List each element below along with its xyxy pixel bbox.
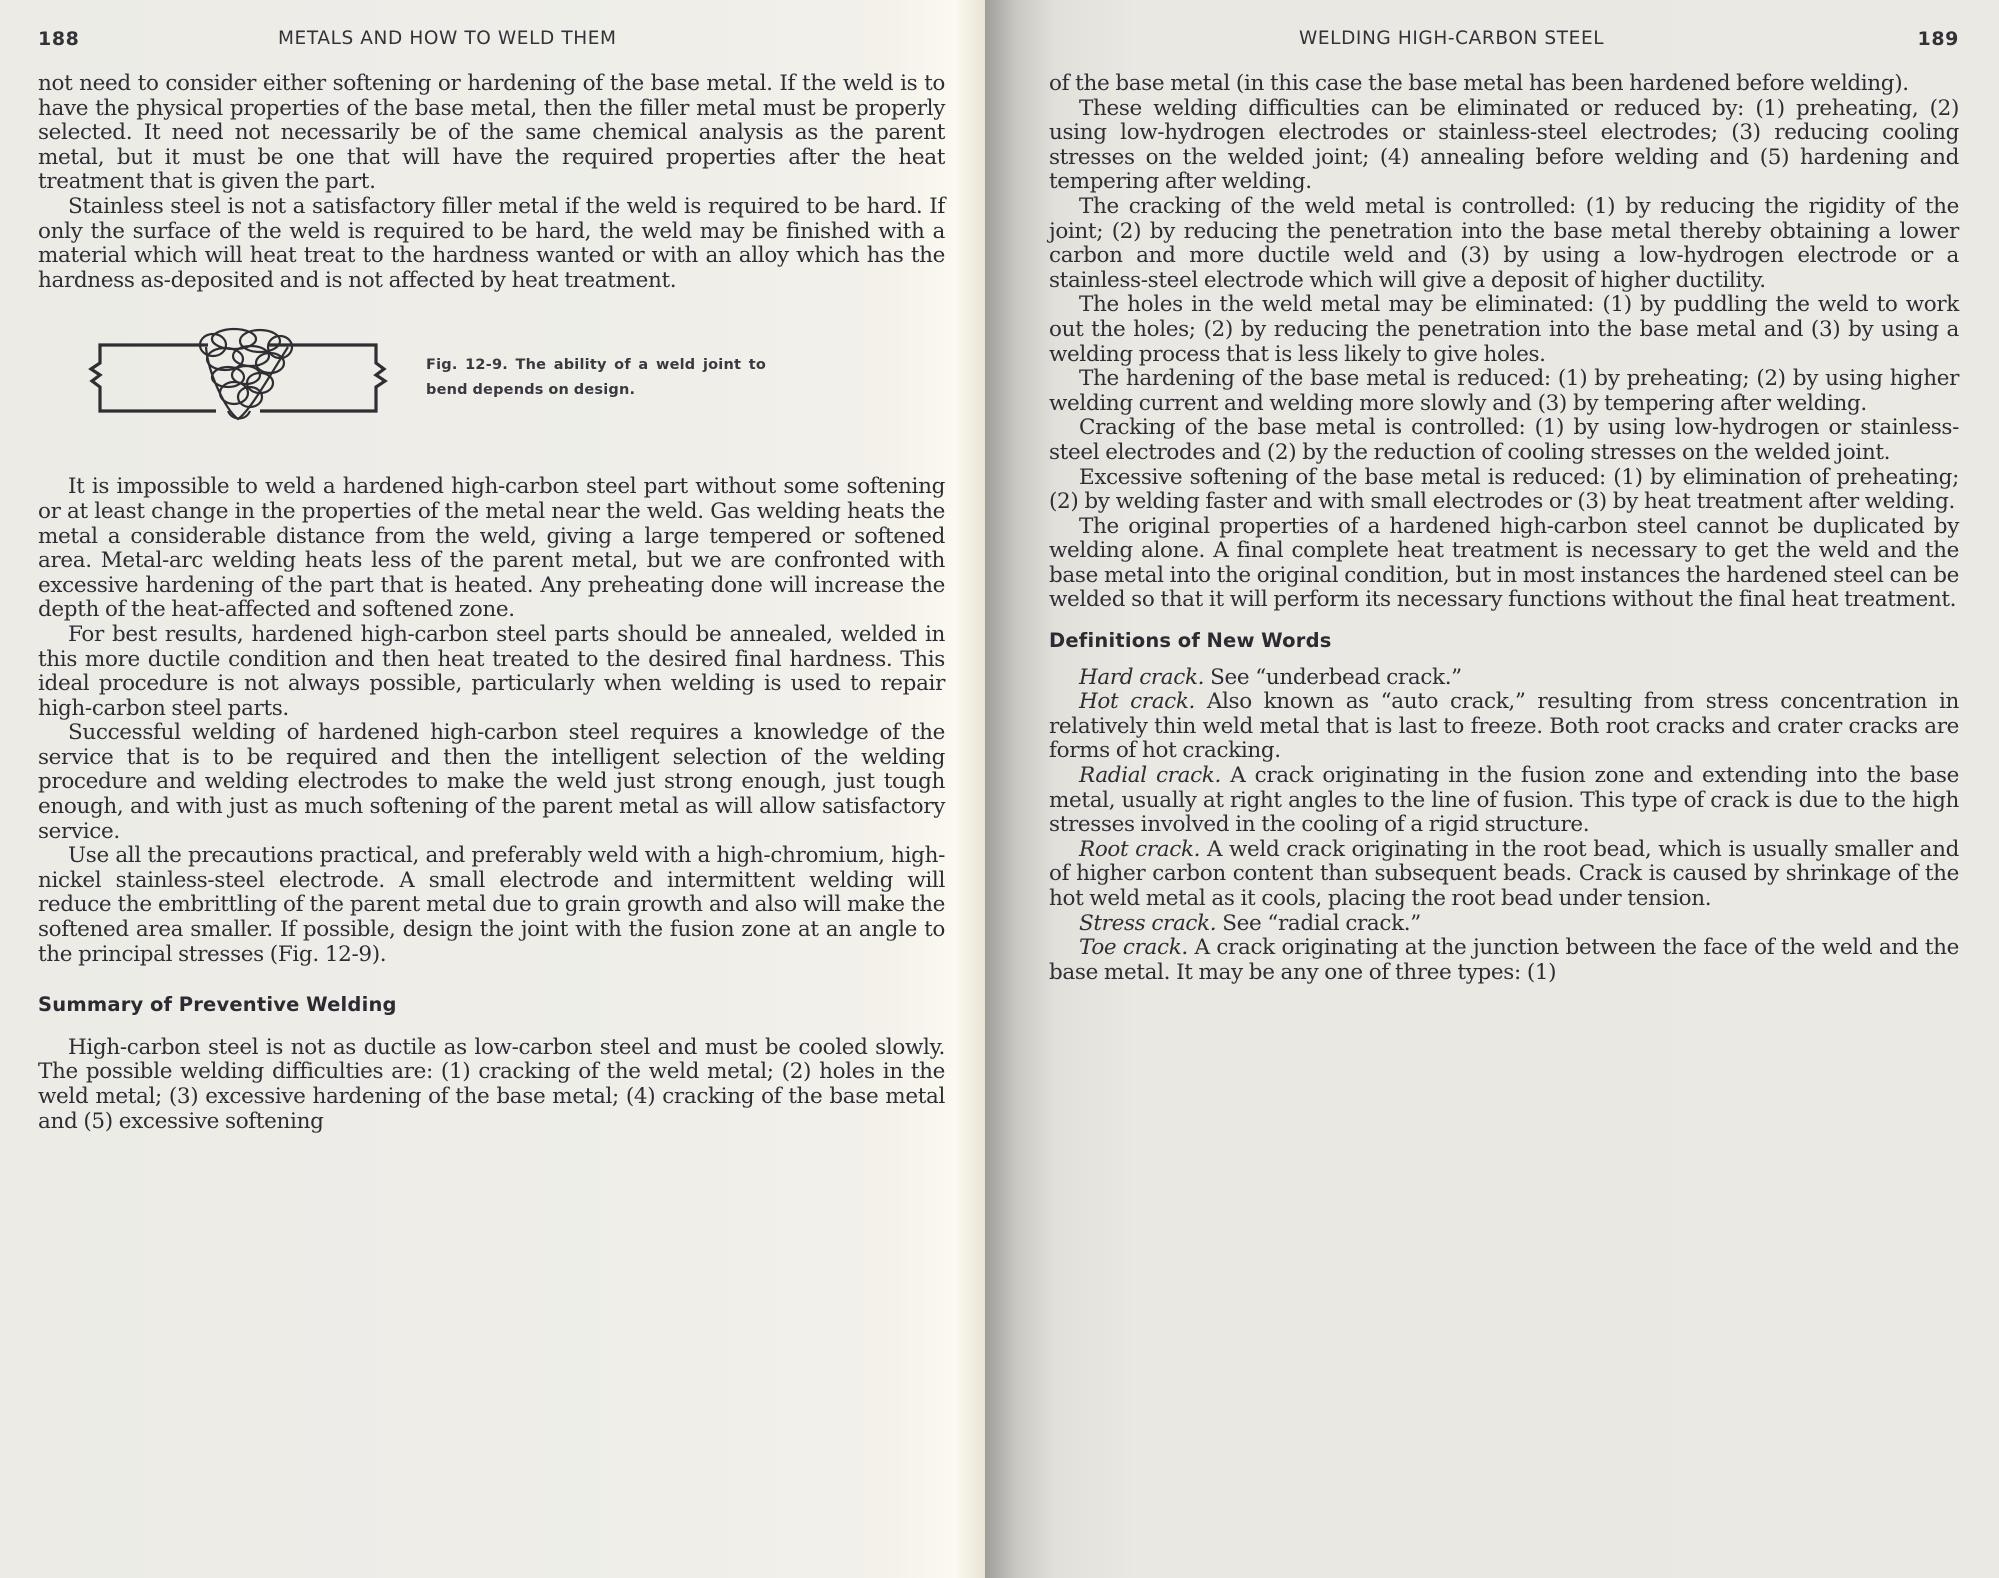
right-body-text: of the base metal (in this case the base… [1049, 72, 1959, 985]
paragraph: The hardening of the base metal is reduc… [1049, 367, 1959, 416]
paragraph: The cracking of the weld metal is contro… [1049, 195, 1959, 293]
definition-term: Toe crack. [1079, 935, 1188, 960]
book-spread: 188 METALS AND HOW TO WELD THEM not need… [0, 0, 1999, 1578]
definition-term: Hard crack. [1079, 665, 1204, 690]
definition-item: Stress crack. See “radial crack.” [1049, 912, 1959, 937]
running-title: METALS AND HOW TO WELD THEM [278, 28, 617, 49]
running-title: WELDING HIGH-CARBON STEEL [1299, 28, 1604, 49]
paragraph: High-carbon steel is not as ductile as l… [38, 1036, 945, 1134]
page-number: 188 [38, 28, 79, 50]
left-running-head: 188 METALS AND HOW TO WELD THEM [38, 0, 945, 72]
paragraph: Successful welding of hardened high-carb… [38, 721, 945, 844]
paragraph: The original properties of a hardened hi… [1049, 515, 1959, 613]
right-page: WELDING HIGH-CARBON STEEL 189 of the bas… [985, 0, 1999, 1578]
figure-12-9: Fig. 12-9. The ability of a weld joint t… [88, 323, 945, 433]
paragraph: of the base metal (in this case the base… [1049, 72, 1959, 97]
right-running-head: WELDING HIGH-CARBON STEEL 189 [1049, 0, 1959, 72]
page-number: 189 [1918, 28, 1959, 50]
paragraph: For best results, hardened high-carbon s… [38, 623, 945, 721]
paragraph: These welding difficulties can be elimin… [1049, 97, 1959, 195]
figure-caption: Fig. 12-9. The ability of a weld joint t… [426, 353, 766, 403]
paragraph: The holes in the weld metal may be elimi… [1049, 293, 1959, 367]
section-heading-summary: Summary of Preventive Welding [38, 993, 945, 1018]
definition-term: Root crack. [1079, 837, 1200, 862]
paragraph: not need to consider either softening or… [38, 72, 945, 195]
definition-term: Radial crack. [1079, 763, 1221, 788]
paragraph: Use all the precautions practical, and p… [38, 844, 945, 967]
definition-term: Hot crack. [1079, 689, 1195, 714]
definition-item: Hot crack. Also known as “auto crack,” r… [1049, 690, 1959, 764]
left-page: 188 METALS AND HOW TO WELD THEM not need… [0, 0, 985, 1578]
definition-text: See “radial crack.” [1222, 911, 1421, 936]
paragraph: Cracking of the base metal is controlled… [1049, 416, 1959, 465]
definition-term: Stress crack. [1079, 911, 1216, 936]
paragraph: Excessive softening of the base metal is… [1049, 466, 1959, 515]
weld-joint-diagram-icon [88, 323, 388, 433]
paragraph: Stainless steel is not a satisfactory fi… [38, 195, 945, 293]
definition-item: Radial crack. A crack originating in the… [1049, 764, 1959, 838]
paragraph: It is impossible to weld a hardened high… [38, 475, 945, 623]
section-heading-definitions: Definitions of New Words [1049, 629, 1959, 654]
definition-text: See “underbead crack.” [1210, 665, 1462, 690]
definition-item: Root crack. A weld crack originating in … [1049, 838, 1959, 912]
definition-item: Toe crack. A crack originating at the ju… [1049, 936, 1959, 985]
left-body-text: not need to consider either softening or… [38, 72, 945, 1134]
definition-item: Hard crack. See “underbead crack.” [1049, 666, 1959, 691]
